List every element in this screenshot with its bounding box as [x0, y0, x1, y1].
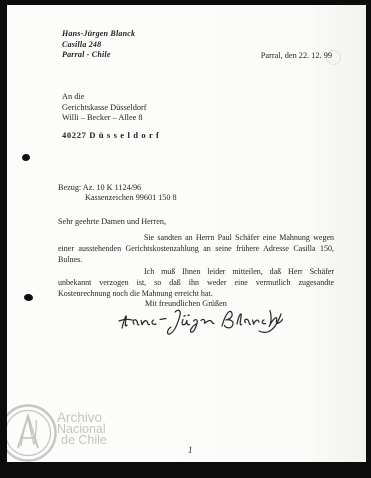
recipient-city-line: 40227 D ü s s e l d o r f: [62, 130, 159, 140]
reference-block: Bezug: Az. 10 K 1124/96 Kassenzeichen 99…: [58, 183, 177, 202]
archive-watermark: Archivo Nacional de Chile: [7, 399, 167, 462]
signature-handwriting: [115, 305, 283, 341]
reference-case-number: Bezug: Az. 10 K 1124/96: [58, 183, 177, 193]
sender-address: Hans-Jürgen Blanck Casilla 248 Parral - …: [62, 29, 135, 61]
body-paragraph: Sie sandten an Herrn Paul Schäfer eine M…: [58, 232, 334, 266]
recipient-address: An die Gerichtskasse Düsseldorf Willi – …: [62, 92, 147, 124]
body-paragraph: Ich muß Ihnen leider mitteilen, daß Herr…: [58, 266, 334, 300]
letter-paper: Hans-Jürgen Blanck Casilla 248 Parral - …: [7, 5, 366, 462]
watermark-line: de Chile: [57, 435, 107, 447]
letter-body: Sie sandten an Herrn Paul Schäfer eine M…: [58, 232, 334, 299]
archive-watermark-text: Archivo Nacional de Chile: [57, 412, 107, 447]
sender-city: Parral - Chile: [62, 50, 135, 61]
recipient-line: An die: [62, 92, 147, 103]
punch-hole-mark: [24, 294, 34, 302]
recipient-line: Gerichtskasse Düsseldorf: [62, 103, 147, 114]
salutation: Sehr geehrte Damen und Herren,: [58, 217, 166, 226]
reference-cash-number: Kassenzeichen 99601 150 8: [58, 193, 177, 203]
scanned-letter-page: Hans-Jürgen Blanck Casilla 248 Parral - …: [0, 0, 371, 478]
recipient-line: Willi – Becker – Allee 8: [62, 113, 147, 124]
punch-hole-mark: [22, 153, 31, 161]
sender-po-box: Casilla 248: [62, 40, 135, 51]
date-line: Parral, den 22. 12. 99: [261, 51, 332, 60]
archivo-nacional-seal-icon: [7, 403, 58, 462]
page-number: 1: [188, 445, 193, 455]
sender-name: Hans-Jürgen Blanck: [62, 29, 135, 40]
signature: [115, 305, 283, 346]
